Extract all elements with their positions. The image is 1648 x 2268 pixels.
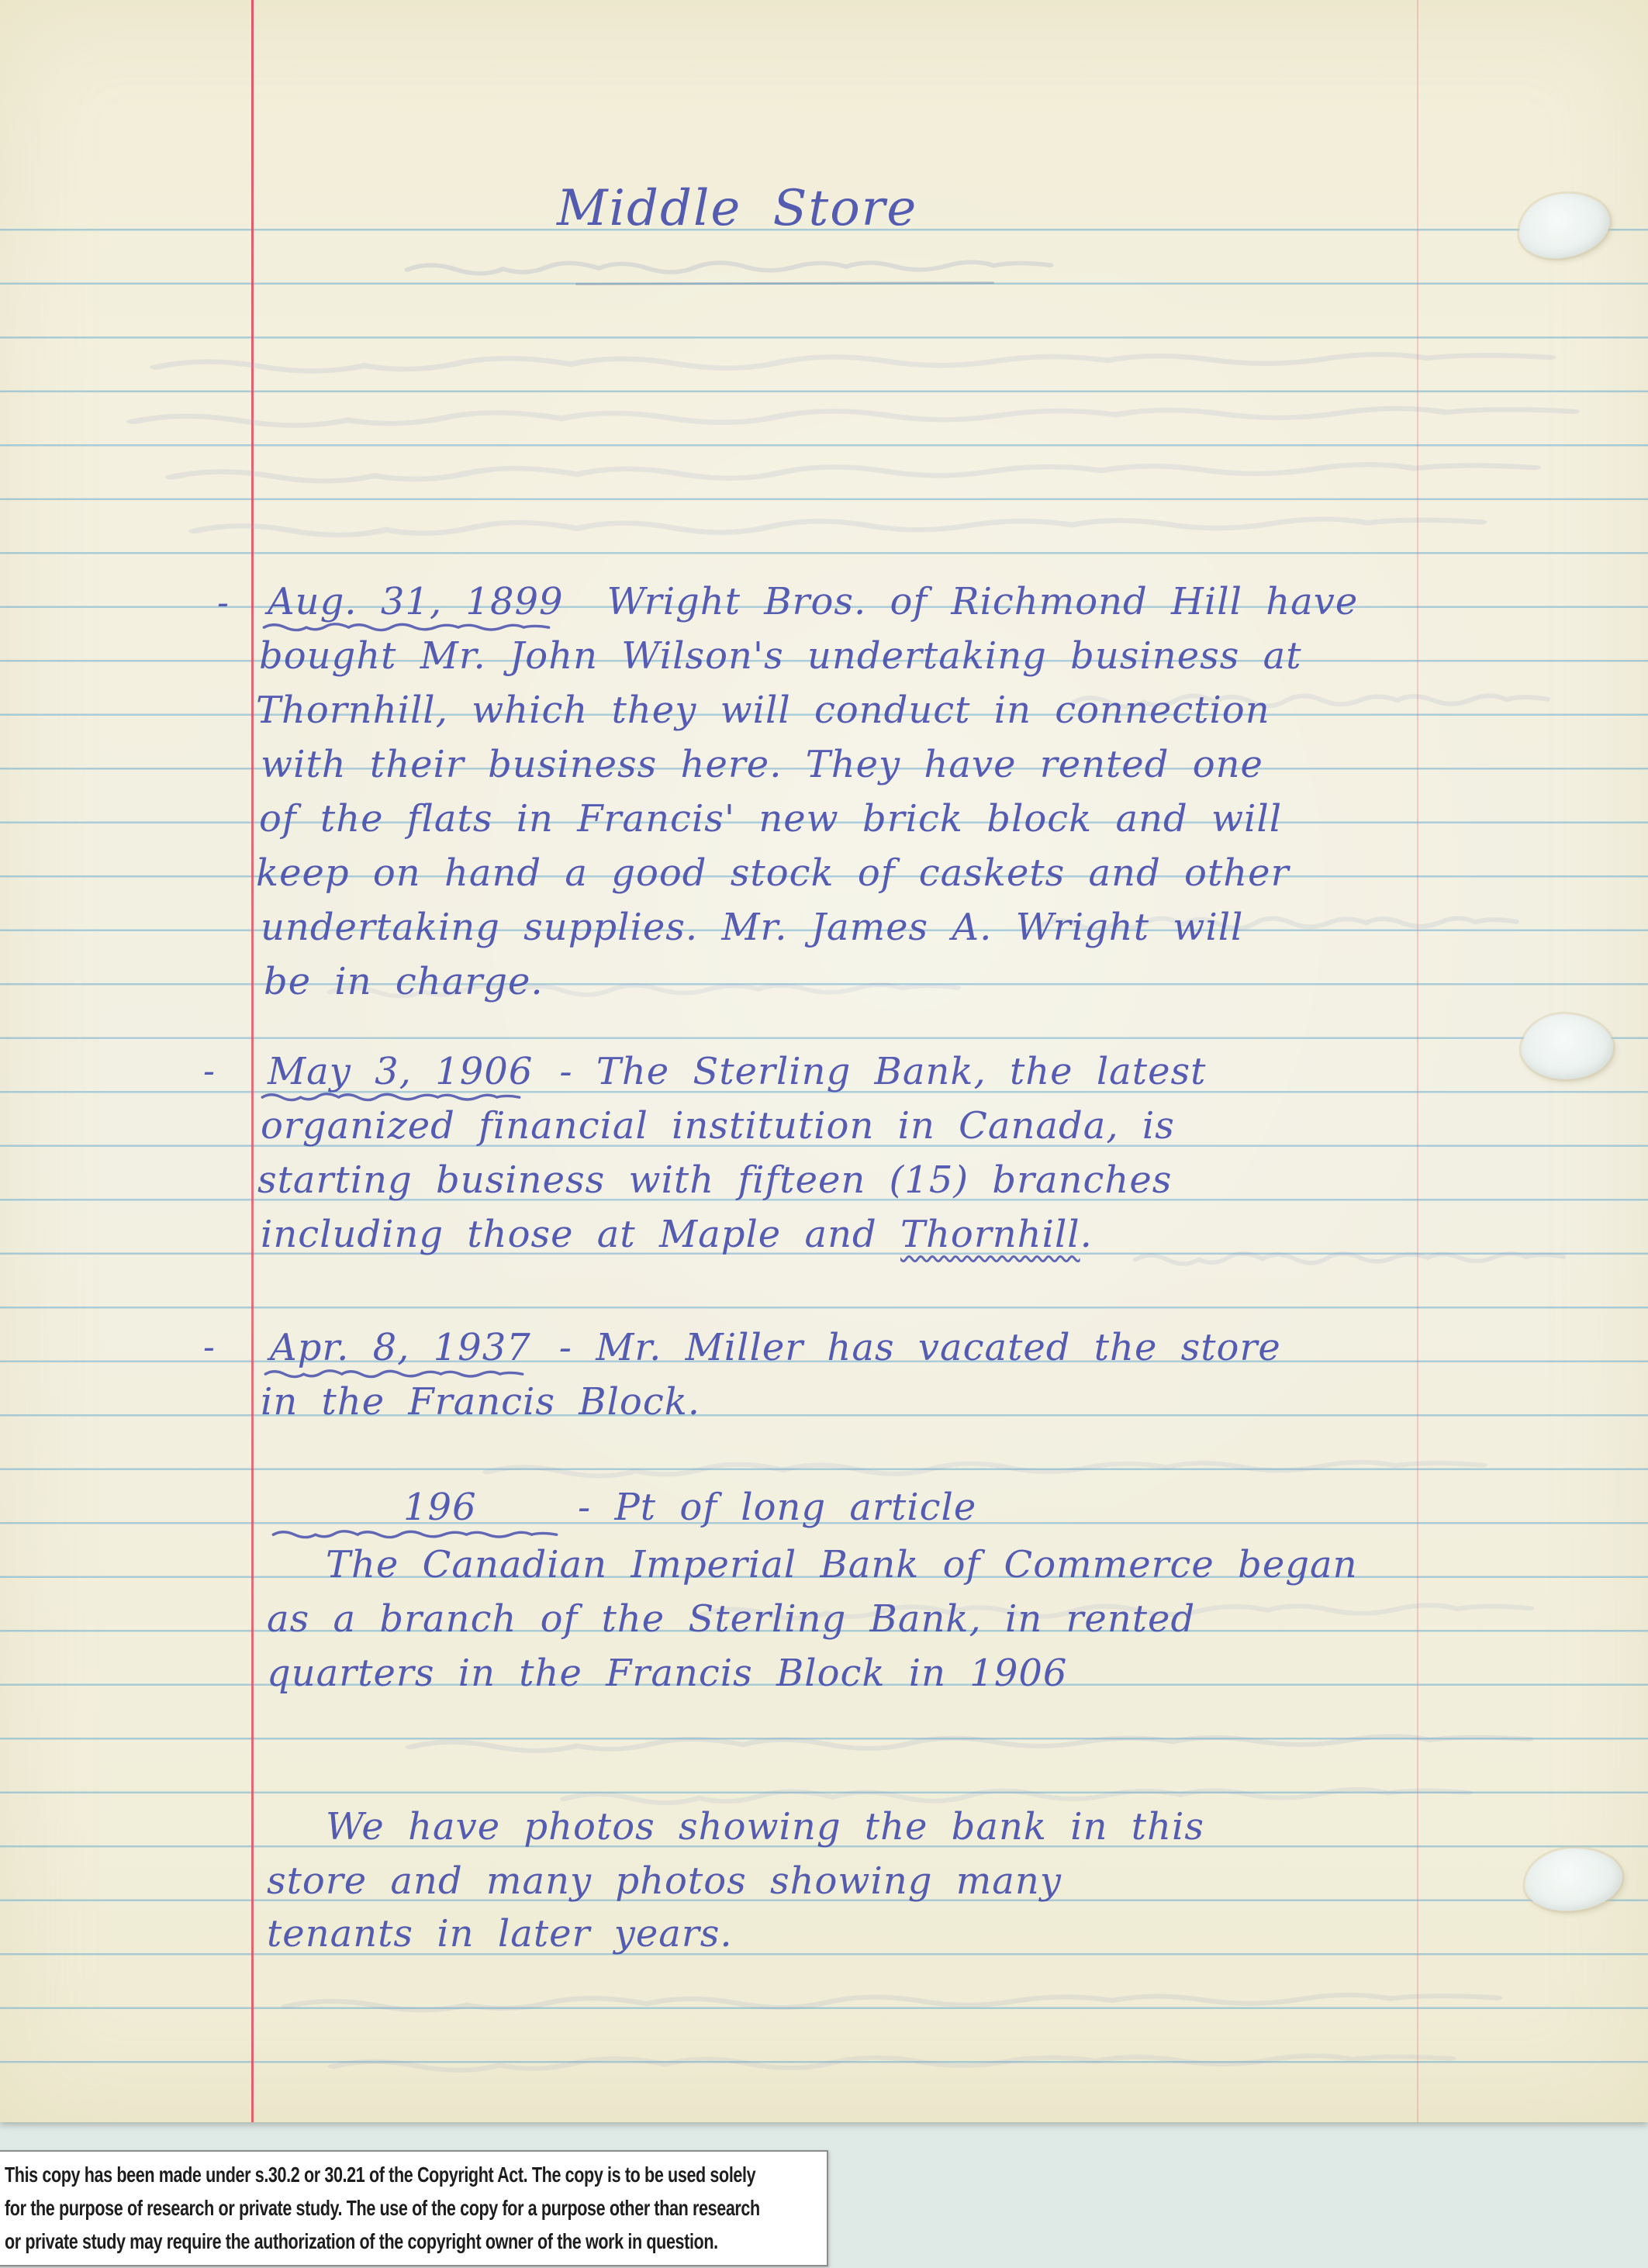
handwritten-line: quarters in the Francis Block in 1906 (267, 1653, 1067, 1693)
wavy-underline (262, 620, 551, 633)
handwritten-line: Apr. 8, 1937- Mr. Miller has vacated the… (270, 1327, 1281, 1368)
copyright-stamp: This copy has been made under s.30.2 or … (0, 2150, 828, 2266)
handwritten-line: May 3, 1906- The Sterling Bank, the late… (268, 1051, 1206, 1092)
handwritten-line: keep on hand a good stock of caskets and… (256, 853, 1290, 893)
underlined-word: Thornhill (900, 1213, 1080, 1256)
scanned-document-page: { "document": { "title": "Middle Store",… (0, 0, 1648, 2268)
entry-text: - Mr. Miller has vacated the store (559, 1326, 1281, 1369)
page-title: Middle Store (557, 182, 917, 235)
handwritten-line: Aug. 31, 1899Wright Bros. of Richmond Hi… (268, 582, 1358, 622)
handwritten-line: We have photos showing the bank in this (326, 1807, 1204, 1847)
stamp-line: for the purpose of research or private s… (5, 2191, 828, 2225)
stamp-line: or private study may require the authori… (5, 2225, 828, 2258)
left-margin-line (251, 0, 254, 2122)
handwritten-line: as a branch of the Sterling Bank, in ren… (267, 1599, 1195, 1639)
entry-date: May 3, 1906 (268, 1050, 533, 1093)
wavy-underline (271, 1528, 558, 1540)
handwritten-line: in the Francis Block. (261, 1382, 700, 1422)
handwritten-line: be in charge. (264, 961, 544, 1002)
right-margin-line (1417, 0, 1418, 2122)
handwritten-line: store and many photos showing many (267, 1861, 1062, 1901)
handwritten-line: Thornhill, which they will conduct in co… (256, 690, 1270, 730)
entry-dash: - (203, 1327, 216, 1368)
wavy-underline (264, 1367, 524, 1379)
handwritten-line: with their business here. They have rent… (261, 744, 1263, 785)
handwritten-line: tenants in later years. (267, 1914, 733, 1954)
entry-text: . (1080, 1213, 1093, 1256)
entry-date: Apr. 8, 1937 (270, 1326, 531, 1369)
handwritten-line: of the flats in Francis' new brick block… (259, 799, 1282, 839)
entry-dash: - (203, 1051, 216, 1092)
entry-dash: - (217, 583, 230, 623)
entry-text: - The Sterling Bank, the latest (559, 1050, 1206, 1093)
entry-text: including those at Maple and (261, 1213, 900, 1256)
entry-date: Aug. 31, 1899 (268, 580, 564, 623)
stamp-line: This copy has been made under s.30.2 or … (5, 2158, 828, 2191)
handwritten-line: including those at Maple and Thornhill. (261, 1214, 1093, 1255)
handwritten-line: undertaking supplies. Mr. James A. Wrigh… (261, 907, 1243, 948)
article-note-label: - Pt of long article (578, 1487, 976, 1528)
handwritten-line: The Canadian Imperial Bank of Commerce b… (326, 1545, 1357, 1585)
ink-bleedthrough (1132, 1245, 1567, 1269)
entry-text: Wright Bros. of Richmond Hill have (607, 580, 1359, 623)
handwritten-line: starting business with fifteen (15) bran… (257, 1160, 1172, 1200)
handwritten-line: bought Mr. John Wilson's undertaking bus… (259, 636, 1302, 676)
handwritten-line: organized financial institution in Canad… (261, 1106, 1175, 1146)
article-number: 196 (403, 1487, 477, 1528)
wavy-underline (261, 1090, 521, 1103)
